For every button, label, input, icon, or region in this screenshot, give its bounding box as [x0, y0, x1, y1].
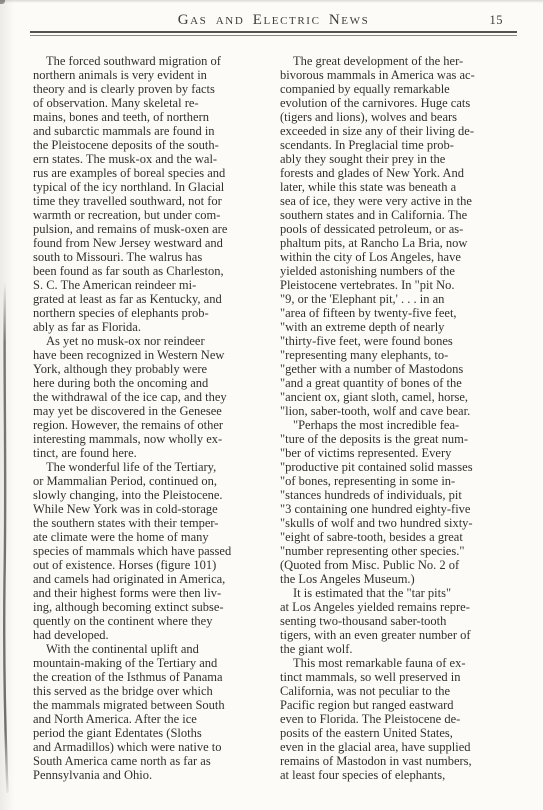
right-column: The great development of the her- bivoro…: [280, 54, 515, 782]
paragraph: With the continental uplift and mountain…: [33, 642, 268, 782]
journal-title: Gas and Electric News: [30, 12, 517, 29]
left-column: The forced southward migration of northe…: [33, 54, 268, 782]
paragraph: It is estimated that the "tar pits" at L…: [280, 586, 515, 656]
paragraph: "Perhaps the most incredible fea- "ture …: [280, 418, 515, 586]
scan-gutter-line: [0, 0, 14, 810]
paragraph: The forced southward migration of northe…: [33, 54, 268, 334]
text-columns: The forced southward migration of northe…: [33, 54, 515, 782]
paragraph: This most remarkable fauna of ex- tinct …: [280, 656, 515, 782]
page-number: 15: [490, 13, 504, 28]
scan-top-edge-shadow: [0, 0, 543, 3]
scanned-book-page: Gas and Electric News 15 The forced sout…: [0, 0, 543, 810]
page-header: Gas and Electric News 15: [30, 12, 517, 32]
paragraph: The wonderful life of the Tertiary, or M…: [33, 460, 268, 642]
paragraph: The great development of the her- bivoro…: [280, 54, 515, 418]
header-double-rule: [30, 31, 517, 36]
paragraph: As yet no musk-ox nor reindeer have been…: [33, 334, 268, 460]
